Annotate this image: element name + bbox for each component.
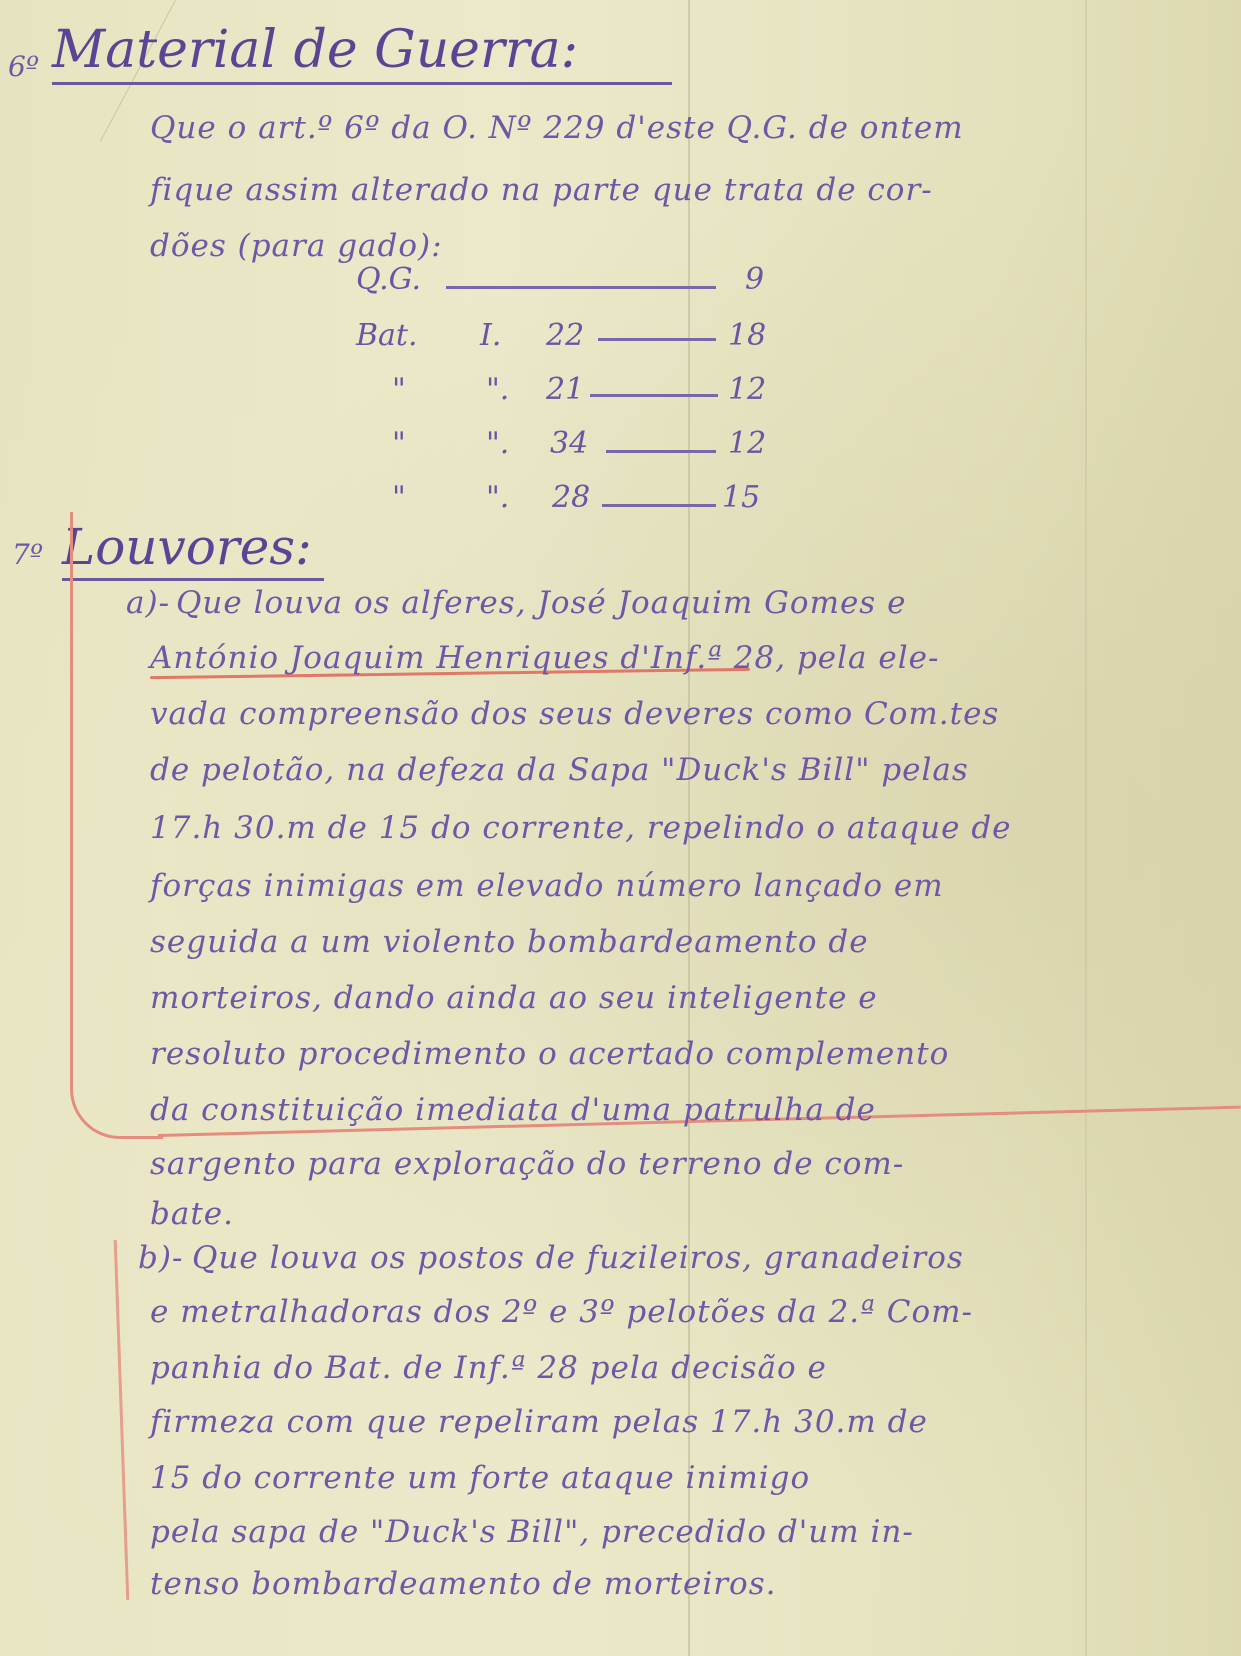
text-line: resoluto procedimento o acertado complem… <box>150 1036 949 1072</box>
item-a-label: a)- <box>126 585 170 621</box>
item-b-label: b)- <box>138 1240 183 1276</box>
text-line: vada compreensão dos seus deveres como C… <box>150 696 999 732</box>
table-value: 18 <box>728 318 766 353</box>
section-title-material-de-guerra: Material de Guerra: <box>52 20 672 85</box>
table-unit: " <box>392 480 406 515</box>
table-sub: ". <box>486 372 509 407</box>
text-line: de pelotão, na defeza da Sapa "Duck's Bi… <box>150 752 969 788</box>
text-line: bate. <box>150 1196 234 1232</box>
text-line: e metralhadoras dos 2º e 3º pelotões da … <box>150 1294 973 1330</box>
text-line: 15 do corrente um forte ataque inimigo <box>150 1460 810 1496</box>
text-line: Que louva os alferes, José Joaquim Gomes… <box>176 585 906 621</box>
text-line: firmeza com que repeliram pelas 17.h 30.… <box>150 1404 928 1440</box>
text-line: dões (para gado): <box>150 228 443 264</box>
table-unit: Bat. <box>356 318 418 353</box>
table-value: 9 <box>745 262 764 297</box>
text-line: fique assim alterado na parte que trata … <box>150 172 933 208</box>
text-line: da constituição imediata d'uma patrulha … <box>150 1092 876 1128</box>
paper-fold-vertical-right <box>1085 0 1087 1656</box>
text-line: Que louva os postos de fuzileiros, grana… <box>192 1240 964 1276</box>
section-title-louvores: Louvores: <box>62 518 324 581</box>
section-number-6: 6º <box>8 50 39 83</box>
text-line: tenso bombardeamento de morteiros. <box>150 1566 776 1602</box>
text-line: 17.h 30.m de 15 do corrente, repelindo o… <box>150 810 1012 846</box>
table-unit: " <box>392 426 406 461</box>
leader-line <box>606 450 716 453</box>
leader-line <box>446 286 716 289</box>
text-line: seguida a um violento bombardeamento de <box>150 924 869 960</box>
text-line: sargento para exploração do terreno de c… <box>150 1146 904 1182</box>
leader-line <box>598 338 716 341</box>
table-unit: Q.G. <box>356 262 421 297</box>
table-num: 34 <box>550 426 588 461</box>
leader-line <box>590 394 718 397</box>
text-line: Que o art.º 6º da O. Nº 229 d'este Q.G. … <box>150 110 964 146</box>
text-line: António Joaquim Henriques d'Inf.ª 28, pe… <box>150 640 939 676</box>
text-line: pela sapa de "Duck's Bill", precedido d'… <box>150 1514 914 1550</box>
table-sub: I. <box>480 318 501 353</box>
table-unit: " <box>392 372 406 407</box>
text-line: panhia do Bat. de Inf.ª 28 pela decisão … <box>150 1350 827 1386</box>
red-pencil-margin-line-b <box>114 1240 130 1600</box>
leader-line <box>602 504 716 507</box>
table-num: 28 <box>552 480 590 515</box>
red-pencil-margin-line <box>70 512 73 1082</box>
section-number-7: 7º <box>12 538 43 571</box>
table-value: 12 <box>728 426 766 461</box>
table-sub: ". <box>486 426 509 461</box>
table-value: 15 <box>722 480 760 515</box>
text-line: morteiros, dando ainda ao seu inteligent… <box>150 980 878 1016</box>
table-num: 22 <box>546 318 584 353</box>
table-num: 21 <box>546 372 584 407</box>
text-line: forças inimigas em elevado número lançad… <box>150 868 944 904</box>
table-value: 12 <box>728 372 766 407</box>
table-sub: ". <box>486 480 509 515</box>
